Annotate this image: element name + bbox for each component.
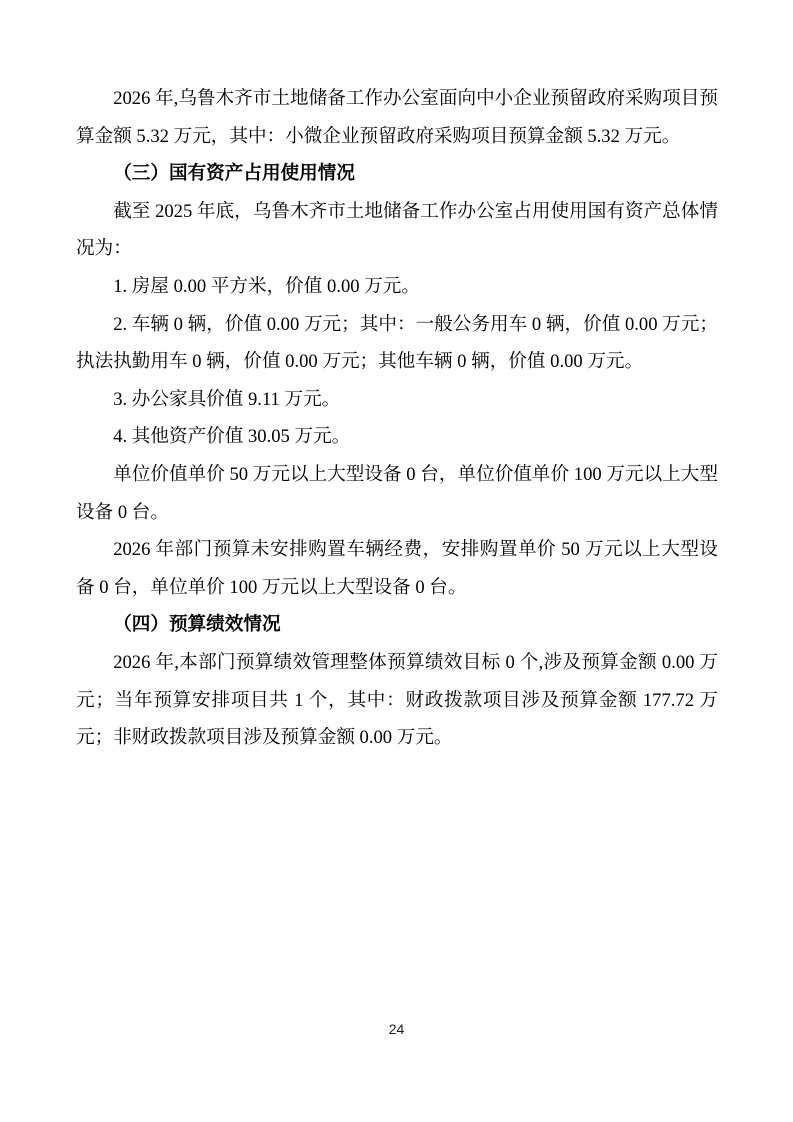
heading-section-3-state-assets-usage: （三）国有资产占用使用情况 <box>76 155 718 193</box>
paragraph-large-equipment-counts: 单位价值单价 50 万元以上大型设备 0 台，单位价值单价 100 万元以上大型… <box>76 456 718 531</box>
document-page: 2026 年,乌鲁木齐市土地储备工作办公室面向中小企业预留政府采购项目预算金额 … <box>0 0 793 1122</box>
document-body: 2026 年,乌鲁木齐市土地储备工作办公室面向中小企业预留政府采购项目预算金额 … <box>76 80 718 757</box>
paragraph-item-1-housing: 1. 房屋 0.00 平方米，价值 0.00 万元。 <box>76 268 718 306</box>
paragraph-sme-procurement-reserve: 2026 年,乌鲁木齐市土地储备工作办公室面向中小企业预留政府采购项目预算金额 … <box>76 80 718 155</box>
paragraph-2026-vehicle-equipment-budget: 2026 年部门预算未安排购置车辆经费，安排购置单价 50 万元以上大型设备 0… <box>76 531 718 606</box>
paragraph-item-2-vehicles: 2. 车辆 0 辆，价值 0.00 万元；其中：一般公务用车 0 辆，价值 0.… <box>76 306 718 381</box>
page-number: 24 <box>0 1020 793 1038</box>
paragraph-item-4-other-assets: 4. 其他资产价值 30.05 万元。 <box>76 418 718 456</box>
paragraph-budget-performance-details: 2026 年,本部门预算绩效管理整体预算绩效目标 0 个,涉及预算金额 0.00… <box>76 644 718 757</box>
heading-section-4-budget-performance: （四）预算绩效情况 <box>76 606 718 644</box>
paragraph-assets-overview-intro: 截至 2025 年底，乌鲁木齐市土地储备工作办公室占用使用国有资产总体情况为： <box>76 193 718 268</box>
paragraph-item-3-office-furniture: 3. 办公家具价值 9.11 万元。 <box>76 381 718 419</box>
